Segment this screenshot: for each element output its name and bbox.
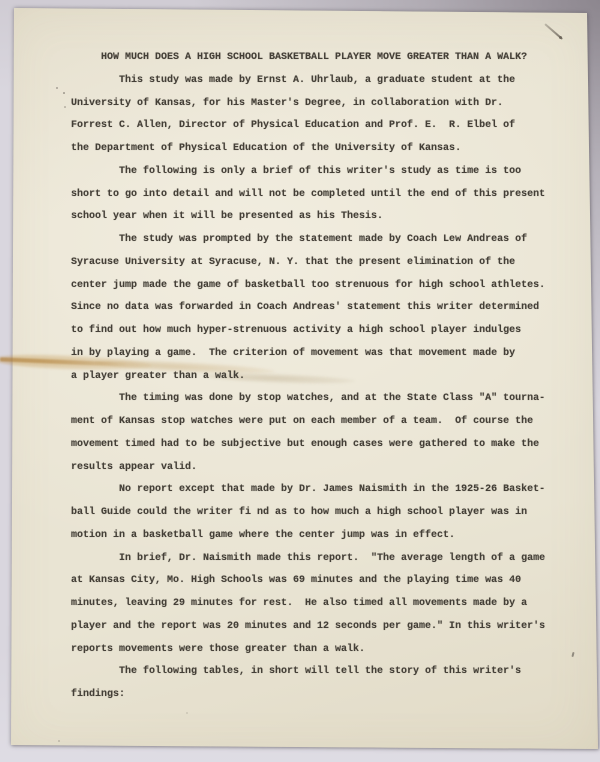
- document-line: movement timed had to be subjective but …: [71, 434, 557, 457]
- document-line: University of Kansas, for his Master's D…: [71, 93, 557, 116]
- document-line: Forrest C. Allen, Director of Physical E…: [71, 115, 557, 138]
- document-line: center jump made the game of basketball …: [71, 275, 557, 298]
- document-line: No report except that made by Dr. James …: [71, 479, 557, 502]
- document-line: player and the report was 20 minutes and…: [71, 616, 557, 639]
- document-line: school year when it will be presented as…: [71, 206, 557, 229]
- document-line: short to go into detail and will not be …: [71, 184, 557, 207]
- document-line: The following is only a brief of this wr…: [71, 161, 557, 184]
- document-line: at Kansas City, Mo. High Schools was 69 …: [71, 570, 557, 593]
- document-line: reports movements were those greater tha…: [71, 639, 557, 662]
- document-line: ball Guide could the writer fi nd as to …: [71, 502, 557, 525]
- document-line: findings:: [71, 684, 557, 707]
- document-line: to find out how much hyper-strenuous act…: [71, 320, 557, 343]
- document-line: The timing was done by stop watches, and…: [71, 388, 557, 411]
- document-body: This study was made by Ernst A. Uhrlaub,…: [71, 70, 557, 707]
- document-line: minutes, leaving 29 minutes for rest. He…: [71, 593, 557, 616]
- document-line: Syracuse University at Syracuse, N. Y. t…: [71, 252, 557, 275]
- document-line: The study was prompted by the statement …: [71, 229, 557, 252]
- document-line: This study was made by Ernst A. Uhrlaub,…: [71, 70, 557, 93]
- document-line: motion in a basketball game where the ce…: [71, 525, 557, 548]
- document-line: In brief, Dr. Naismith made this report.…: [71, 548, 557, 571]
- document-line: the Department of Physical Education of …: [71, 138, 557, 161]
- document-title: HOW MUCH DOES A HIGH SCHOOL BASKETBALL P…: [71, 47, 557, 70]
- document-line: ment of Kansas stop watches were put on …: [71, 411, 557, 434]
- scanned-page-scene: HOW MUCH DOES A HIGH SCHOOL BASKETBALL P…: [0, 0, 600, 762]
- typewritten-document: HOW MUCH DOES A HIGH SCHOOL BASKETBALL P…: [71, 47, 557, 707]
- document-line: Since no data was forwarded in Coach And…: [71, 297, 557, 320]
- document-line: The following tables, in short will tell…: [71, 661, 557, 684]
- document-line: results appear valid.: [71, 457, 557, 480]
- document-line: a player greater than a walk.: [71, 366, 557, 389]
- document-line: in by playing a game. The criterion of m…: [71, 343, 557, 366]
